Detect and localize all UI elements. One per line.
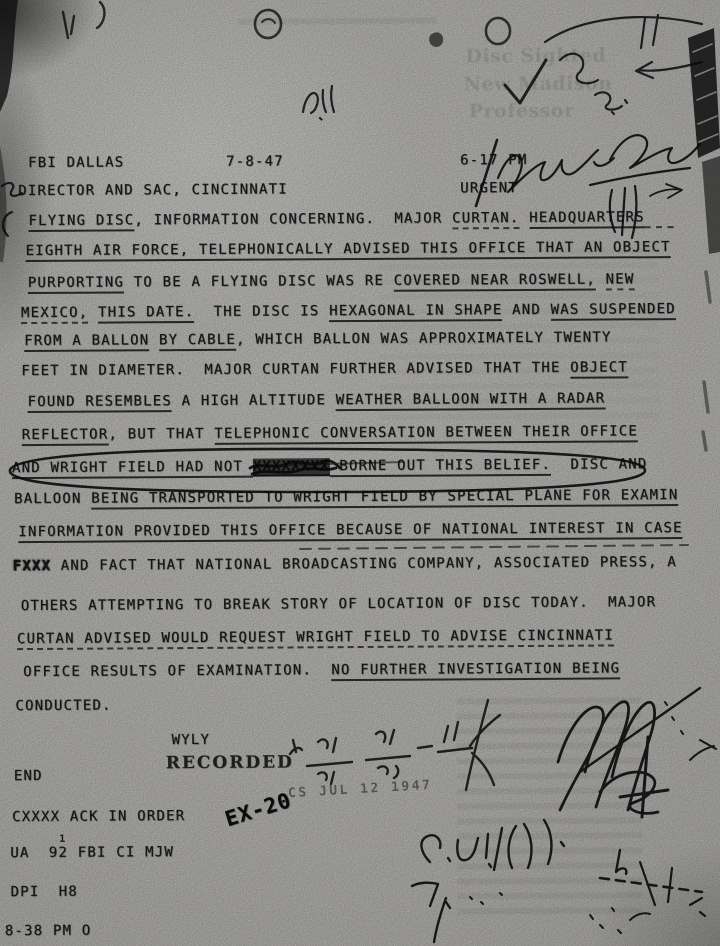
body-text-segment: THE DISC IS xyxy=(194,303,329,320)
recorded-stamp: RECORDED xyxy=(166,752,294,773)
body-text-segment: TELEPHONIC CONVERSATION BETWEEN THEIR OF… xyxy=(214,423,638,445)
body-text-segment: OBJECT xyxy=(570,359,628,378)
body-line: FOUND RESEMBLES A HIGH ALTITUDE WEATHER … xyxy=(28,391,606,411)
message-time: 6-17 PM xyxy=(460,152,528,168)
body-text-segment: INFORMATION PROVIDED THIS OFFICE BECAUSE… xyxy=(18,520,682,543)
body-text-segment xyxy=(596,271,606,287)
time-out-line: 8-38 PM O xyxy=(5,923,92,940)
body-text-segment: FLYING DISC xyxy=(28,212,134,232)
bleedthrough-text-block xyxy=(237,10,437,25)
body-line: CONDUCTED. xyxy=(15,698,111,715)
bleedthrough-line: New Madison xyxy=(464,72,613,95)
body-text-segment: AND WRIGHT FIELD HAD NOT xyxy=(12,459,253,479)
body-line: FLYING DISC, INFORMATION CONCERNING. MAJ… xyxy=(28,209,673,229)
body-text-segment: TO BE A FLYING DISC WAS RE xyxy=(124,273,394,291)
ack-line: CXXXX ACK IN ORDER xyxy=(12,808,185,825)
routing-superscript: 1 xyxy=(59,834,65,845)
body-text-segment: BY CABLE xyxy=(159,332,236,351)
body-line: INFORMATION PROVIDED THIS OFFICE BECAUSE… xyxy=(18,520,682,540)
body-text-segment: WAS SUSPENDED xyxy=(551,301,676,321)
bleedthrough-text-block xyxy=(456,688,642,914)
body-text-segment: , BUT THAT xyxy=(108,426,214,443)
body-text-segment: CURTAN. xyxy=(452,210,520,229)
body-line: OFFICE RESULTS OF EXAMINATION. NO FURTHE… xyxy=(23,660,620,680)
body-text-segment: THIS DATE. xyxy=(98,304,194,324)
operator-initials-line: DPI H8 xyxy=(11,884,79,900)
body-text-segment: BEING TRANSPORTED TO WRIGHT FIELD BY SPE… xyxy=(91,487,678,510)
body-text-segment: OFFICE RESULTS OF EXAMINATION. xyxy=(23,662,331,680)
body-text-segment: COVERED NEAR ROSWELL, xyxy=(394,272,596,292)
body-text-segment: BORNE OUT THIS BELIEF. xyxy=(330,457,552,477)
body-text-segment: PURPORTING xyxy=(28,274,124,294)
body-text-segment: HEADQUARTERS xyxy=(529,209,645,229)
body-text-segment: FROM A BALLON xyxy=(24,332,149,352)
body-text-segment: FXXX xyxy=(13,558,52,574)
end-marker: END xyxy=(14,768,43,784)
body-line: MEXICO, THIS DATE. THE DISC IS HEXAGONAL… xyxy=(21,301,676,321)
body-text-segment xyxy=(519,210,529,226)
body-text-segment: DISC AND xyxy=(551,456,647,473)
body-text-segment: CONDUCTED. xyxy=(15,698,111,715)
ex-20-handwriting: EX-20 xyxy=(222,788,294,831)
message-body: FLYING DISC, INFORMATION CONCERNING. MAJ… xyxy=(0,0,717,2)
recorded-note: WYLY xyxy=(172,732,211,748)
body-line: FXXX AND FACT THAT NATIONAL BROADCASTING… xyxy=(13,554,677,574)
body-text-segment: , INFORMATION CONCERNING. xyxy=(134,211,394,229)
body-text-segment xyxy=(149,332,159,348)
body-line: REFLECTOR, BUT THAT TELEPHONIC CONVERSAT… xyxy=(22,423,638,443)
teletype-document: Disc Sighted New Madison Professor FBI D… xyxy=(0,0,720,946)
body-line: BALLOON BEING TRANSPORTED TO WRIGHT FIEL… xyxy=(14,487,678,507)
body-text-segment: HEXAGONAL IN SHAPE xyxy=(329,302,502,322)
scanned-document-photo: Disc Sighted New Madison Professor FBI D… xyxy=(0,0,720,946)
bleedthrough-line: Professor xyxy=(469,100,575,123)
body-line: CURTAN ADVISED WOULD REQUEST WRIGHT FIEL… xyxy=(17,627,614,647)
body-text-segment: AND xyxy=(502,302,550,318)
date-received-stamp: CS JUL 12 1947 xyxy=(288,778,433,801)
body-text-segment: OTHERS ATTEMPTING TO BREAK STORY OF LOCA… xyxy=(21,594,657,614)
routing-line: UA 92 FBI CI MJW xyxy=(10,844,174,861)
originating-office: FBI DALLAS xyxy=(28,154,124,171)
body-text-segment xyxy=(645,209,674,228)
body-text-segment: NO FURTHER INVESTIGATION BEING xyxy=(331,660,620,681)
body-text-segment: A HIGH ALTITUDE xyxy=(172,392,336,409)
priority-label: URGENT xyxy=(460,180,518,196)
body-text-segment: NEW xyxy=(606,271,635,290)
bleedthrough-line: Disc Sighted xyxy=(465,44,606,67)
body-text-segment: EIGHTH AIR FORCE, TELEPHONICALLY ADVISED… xyxy=(26,239,671,262)
body-line: OTHERS ATTEMPTING TO BREAK STORY OF LOCA… xyxy=(21,594,657,614)
body-line: PURPORTING TO BE A FLYING DISC WAS RE CO… xyxy=(28,271,635,291)
body-line: EIGHTH AIR FORCE, TELEPHONICALLY ADVISED… xyxy=(26,239,671,259)
body-line: AND WRIGHT FIELD HAD NOT XXXXXXXX BORNE … xyxy=(12,456,648,476)
body-text-segment: , WHICH BALLON WAS APPROXIMATELY TWENTY xyxy=(236,329,612,347)
body-text-segment xyxy=(88,305,98,321)
body-text-segment: AND FACT THAT NATIONAL BROADCASTING COMP… xyxy=(51,554,677,574)
body-text-segment: WEATHER BALLOON WITH A RADAR xyxy=(336,391,606,412)
body-text-segment: REFLECTOR xyxy=(22,427,109,447)
body-text-segment: XXXXXXXX xyxy=(253,458,330,476)
body-text-segment: FEET IN DIAMETER. MAJOR CURTAN FURTHER A… xyxy=(21,360,570,379)
message-date: 7-8-47 xyxy=(226,153,284,169)
body-text-segment: FOUND RESEMBLES xyxy=(28,393,173,413)
body-text-segment: CURTAN ADVISED WOULD REQUEST WRIGHT FIEL… xyxy=(17,627,614,650)
body-text-segment: BALLOON xyxy=(14,491,91,507)
body-text-segment: MAJOR xyxy=(394,210,452,226)
recipients-line: DIRECTOR AND SAC, CINCINNATI xyxy=(18,181,288,199)
body-text-segment: MEXICO, xyxy=(21,305,89,324)
